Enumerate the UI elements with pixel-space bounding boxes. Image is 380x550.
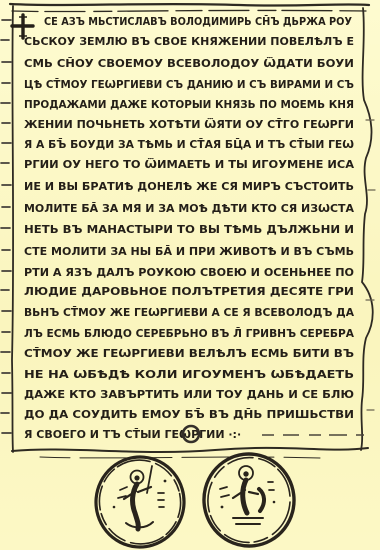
text-line: ПРОДАЖАМИ ДАЖЕ КОТОРЫИ КНЯЗЬ ПО МОЕМЬ КН… xyxy=(24,98,354,111)
text-line: ВЬНЪ СТ̄МОУ ЖЕ ГЕѠРГИЕВИ А СЕ Я ВСЕВОЛОД… xyxy=(24,306,354,319)
text-line: Я А БЪ̄ БОУДИ ЗА ТѢМЬ И СТ̄АЯ БЦ̄А И ТЪ … xyxy=(24,138,354,151)
left-seal-dot xyxy=(164,480,167,483)
text-line: СМЬ СН̄ОУ СВОЕМОУ ВСЕВОЛОДОУ ѾДАТИ БОУИ xyxy=(24,57,354,70)
text-line: СТ̄МОУ ЖЕ ГЕѠРГИЕВИ ВЕЛѢЛЪ ЕСМЬ БИТИ ВЪ xyxy=(24,347,354,360)
text-line: РГИИ ОУ НЕГО ТО ѾИМАЕТЬ И ТЫ ИГОУМЕНЕ ИС… xyxy=(24,158,354,171)
text-line: ДО ДА СОУДИТЬ ЕМОУ БЪ̄ ВЪ ДН̄Ь ПРИШЬСТВИ xyxy=(24,408,354,421)
text-line: МОЛИТЕ БА̄ ЗА МЯ И ЗА МОѢ ДѢТИ КТО СЯ ИЗ… xyxy=(24,202,354,215)
text-line: СЕ АЗЪ МЬСТИСЛАВЪ ВОЛОДИМИРЬ СН̄Ъ ДЬРЖА … xyxy=(44,15,352,28)
text-line: СЬСКОУ ЗЕМЛЮ ВЪ СВОЕ КНЯЖЕНИИ ПОВЕЛѢЛЪ Е xyxy=(24,35,354,48)
border-bottom xyxy=(12,448,368,452)
left-seal-head xyxy=(134,475,139,480)
charter-text: СЕ АЗЪ МЬСТИСЛАВЪ ВОЛОДИМИРЬ СН̄Ъ ДЬРЖА … xyxy=(24,15,364,442)
charter-canvas: СЕ АЗЪ МЬСТИСЛАВЪ ВОЛОДИМИРЬ СН̄Ъ ДЬРЖА … xyxy=(0,0,380,550)
text-line: ЖЕНИИ ПОЧЬНЕТЬ ХОТѢТИ ѾЯТИ ОУ СТ̄ГО ГЕѠР… xyxy=(24,118,354,131)
text-line: ЛЮДИЕ ДАРОВЬНОЕ ПОЛЪТРЕТИЯ ДЕСЯТЕ ГРИ xyxy=(24,285,354,298)
right-seal-dot xyxy=(221,506,224,509)
text-line: НЕТЬ ВЪ МАНАСТЫРИ ТО ВЫ ТѢМЬ ДЪЛЖЬНИ И xyxy=(24,223,354,236)
text-line: НЕ НА ѠБѢДѢ КОЛИ ИГОУМЕНЪ ѠБѢДАЕТЬ xyxy=(24,368,354,381)
right-seal-ring xyxy=(199,449,300,550)
right-seal-head xyxy=(243,471,248,476)
text-line-last: Я СВОЕГО И ТЪ СТ̄ЫИ ГЕѠРГИИ ·:· xyxy=(24,428,241,441)
text-line: СТЕ МОЛИТИ ЗА НЫ БА̄ И ПРИ ЖИВОТѢ И ВЪ С… xyxy=(24,245,354,258)
border-bottom-inner xyxy=(40,457,320,458)
left-seal-icon xyxy=(92,452,189,550)
text-line: РТИ А ЯЗЪ ДАЛЪ РОУКОЮ СВОЕЮ И ОСЕНЬНЕЕ П… xyxy=(24,266,354,279)
border-left xyxy=(12,6,13,452)
text-line: ИЕ И ВЫ БРАТИѢ ДОНЕЛѢ ЖЕ СЯ МИРЪ СЪСТОИТ… xyxy=(24,180,354,193)
text-line: ЦѢ СТ̄МОУ ГЕѠРГИЕВИ СЪ ДАНИЮ И СЪ ВИРАМИ… xyxy=(24,78,354,91)
right-seal-dot xyxy=(273,501,276,504)
border-top-inner xyxy=(12,10,368,11)
text-line: ДАЖЕ КТО ЗАВЪРТИТЬ ИЛИ ТОУ ДАНЬ И СЕ БЛЮ xyxy=(24,388,354,401)
margin-dashes-right xyxy=(366,120,375,410)
right-seal-icon xyxy=(199,449,300,550)
left-seal-dot xyxy=(113,506,116,509)
border-right xyxy=(361,8,373,450)
ruling-ticks xyxy=(1,20,11,433)
text-line: ЛЪ ЕСМЬ БЛЮДО СЕРЕБРЬНО ВЪ Л̄ ГРИВНЪ СЕР… xyxy=(24,327,354,340)
charter-page: СЕ АЗЪ МЬСТИСЛАВЪ ВОЛОДИМИРЬ СН̄Ъ ДЬРЖА … xyxy=(0,0,380,550)
left-seal-ring xyxy=(92,453,188,550)
border-top xyxy=(10,4,369,6)
